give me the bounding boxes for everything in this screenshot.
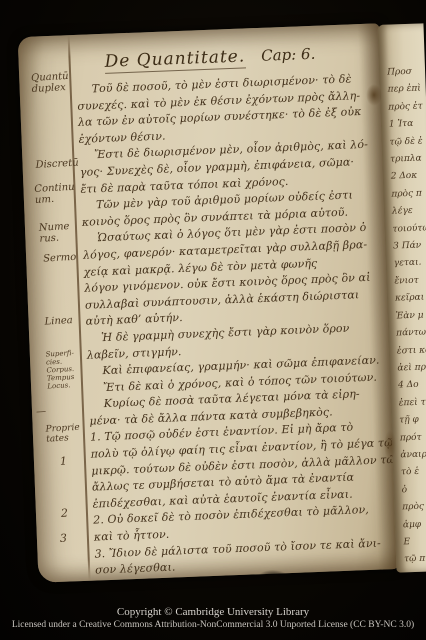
text-fragment: λέγε <box>392 203 426 222</box>
margin-note-species-line: Locus. <box>47 381 76 391</box>
main-text: Τοῦ δὲ ποσοῦ, τὸ μὲν ἐστι διωρισμένον· τ… <box>76 70 395 579</box>
text-fragment: πρὸς <box>402 498 426 517</box>
text-fragment: τριπλα <box>390 150 426 169</box>
text-fragment: περ ἐπὶ <box>387 81 425 100</box>
text-fragment: 2 Δοκ <box>390 168 426 187</box>
copyright-line: Copyright © Cambridge University Library <box>0 606 426 619</box>
manuscript-page: De Quantitate.Cap: 6. Quantū duplex Disc… <box>18 23 401 582</box>
text-fragment: κεῖραι <box>395 289 426 308</box>
text-fragment: ὁ <box>401 481 426 500</box>
copyright-footer: Copyright © Cambridge University Library… <box>0 606 426 631</box>
text-fragment: 3 Πάν <box>393 237 426 256</box>
margin-note-species: Superfi-cies.Corpus.TempusLocus. <box>45 349 76 391</box>
license-line: Licensed under a Creative Commons Attrib… <box>0 619 426 631</box>
margin-note-sermo: Sermo <box>43 252 77 265</box>
text-fragment: ἀμφ <box>403 516 426 535</box>
margin-note-continuum: Continu um. <box>34 182 75 206</box>
page-heading: De Quantitate.Cap: 6. <box>104 44 315 72</box>
text-fragment: Ε <box>403 533 426 552</box>
text-fragment: ἐστι και <box>397 342 426 361</box>
margin-note-numerus: Nume rus. <box>39 221 71 245</box>
margin-number-2: 2 <box>61 508 69 519</box>
margin-dash: — <box>36 406 47 418</box>
text-fragment: τῷ π <box>404 550 426 569</box>
text-fragment: 1 Ἰτα <box>389 116 426 135</box>
text-fragment: ἀναιρ <box>400 446 426 465</box>
text-fragment: πρὸς π <box>391 185 426 204</box>
photo-stage: De Quantitate.Cap: 6. Quantū duplex Disc… <box>0 0 426 640</box>
text-fragment: γεται. <box>394 255 426 274</box>
text-fragment: Ἐὰν μ <box>395 307 426 326</box>
text-fragment: ἀεὶ πρ <box>397 359 426 378</box>
text-fragment: ἔνιοτ <box>394 272 426 291</box>
margin-number-3: 3 <box>60 533 68 544</box>
margin-note-quantum: Quantū duplex <box>31 71 70 95</box>
chapter-title: De Quantitate. <box>104 46 245 73</box>
text-fragment: ἐπεὶ τ <box>398 394 426 413</box>
text-fragment: 4 Δο <box>398 376 426 395</box>
text-fragment: πάντω <box>396 324 426 343</box>
margin-note-proprietates: Proprie tates <box>45 423 80 445</box>
text-fragment: τὸ ἑ <box>401 463 426 482</box>
text-fragment: τῇ φ <box>399 411 426 430</box>
margin-number-1: 1 <box>60 456 68 467</box>
text-fragment: πρὸς ἑτ <box>388 98 426 117</box>
margin-note-linea: Linea <box>44 315 73 328</box>
text-fragment: Προσ <box>387 63 425 82</box>
text-fragment: τοιούτω <box>392 220 426 239</box>
text-fragment: πρότ <box>400 429 426 448</box>
chapter-number: Cap: 6. <box>261 45 316 65</box>
text-fragment: τῷ δὲ ἑ <box>389 133 426 152</box>
